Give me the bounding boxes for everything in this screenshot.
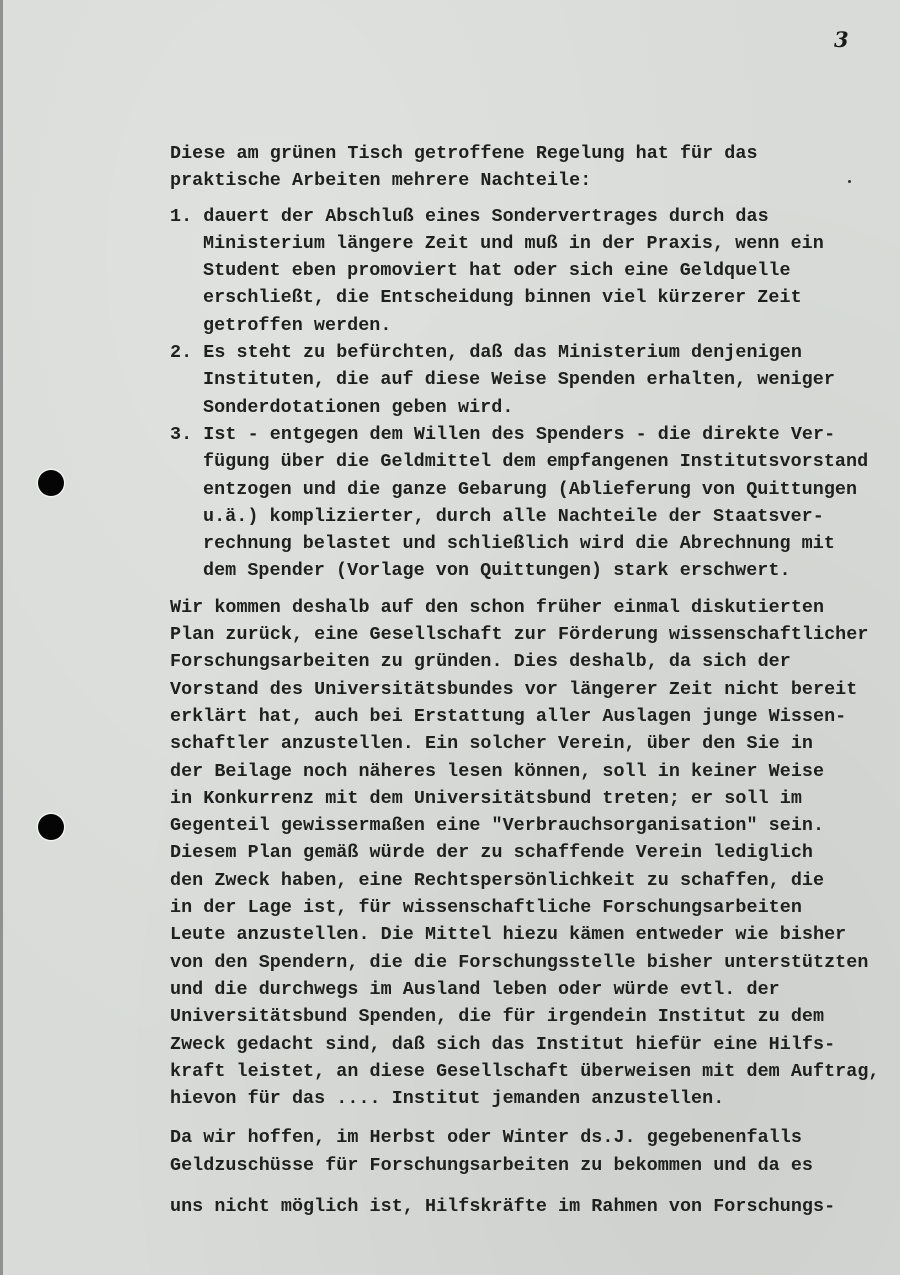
text-line: praktische Arbeiten mehrere Nachteile:	[170, 167, 890, 194]
text-line: Geldzuschüsse für Forschungsarbeiten zu …	[170, 1152, 890, 1179]
numbered-list: 1. dauert der Abschluß eines Sondervertr…	[170, 203, 890, 585]
text-line: von den Spendern, die die Forschungsstel…	[170, 949, 890, 976]
text-line: Diese am grünen Tisch getroffene Regelun…	[170, 140, 890, 167]
text-line: hievon für das .... Institut jemanden an…	[170, 1085, 890, 1112]
text-line: Instituten, die auf diese Weise Spenden …	[170, 366, 890, 393]
text-line: Diesem Plan gemäß würde der zu schaffend…	[170, 839, 890, 866]
list-item: 2. Es steht zu befürchten, daß das Minis…	[170, 339, 890, 421]
text-line: Sonderdotationen geben wird.	[170, 394, 890, 421]
main-paragraph: Wir kommen deshalb auf den schon früher …	[170, 594, 890, 1113]
text-line: dem Spender (Vorlage von Quittungen) sta…	[170, 557, 890, 584]
text-line: Vorstand des Universitätsbundes vor läng…	[170, 676, 890, 703]
punch-hole	[38, 470, 64, 496]
text-line: und die durchwegs im Ausland leben oder …	[170, 976, 890, 1003]
text-line: uns nicht möglich ist, Hilfskräfte im Ra…	[170, 1193, 890, 1220]
list-item-first-line: 2. Es steht zu befürchten, daß das Minis…	[170, 339, 890, 366]
text-line: erklärt hat, auch bei Erstattung aller A…	[170, 703, 890, 730]
list-item: 3. Ist - entgegen dem Willen des Spender…	[170, 421, 890, 585]
text-line: Gegenteil gewissermaßen eine "Verbrauchs…	[170, 812, 890, 839]
text-line: in der Lage ist, für wissenschaftliche F…	[170, 894, 890, 921]
letter-body: Diese am grünen Tisch getroffene Regelun…	[170, 140, 890, 1220]
list-item: 1. dauert der Abschluß eines Sondervertr…	[170, 203, 890, 339]
text-line: Forschungsarbeiten zu gründen. Dies desh…	[170, 648, 890, 675]
text-line: Zweck gedacht sind, daß sich das Institu…	[170, 1031, 890, 1058]
list-item-first-line: 3. Ist - entgegen dem Willen des Spender…	[170, 421, 890, 448]
text-line: rechnung belastet und schließlich wird d…	[170, 530, 890, 557]
text-line: Leute anzustellen. Die Mittel hiezu käme…	[170, 921, 890, 948]
text-line: entzogen und die ganze Gebarung (Abliefe…	[170, 476, 890, 503]
text-line: der Beilage noch näheres lesen können, s…	[170, 758, 890, 785]
text-line: u.ä.) komplizierter, durch alle Nachteil…	[170, 503, 890, 530]
document-page: 3 Diese am grünen Tisch getroffene Regel…	[0, 0, 900, 1275]
text-line: Da wir hoffen, im Herbst oder Winter ds.…	[170, 1124, 890, 1151]
intro-paragraph: Diese am grünen Tisch getroffene Regelun…	[170, 140, 890, 195]
text-line: kraft leistet, an diese Gesellschaft übe…	[170, 1058, 890, 1085]
punch-hole	[38, 814, 64, 840]
text-line: Wir kommen deshalb auf den schon früher …	[170, 594, 890, 621]
text-line: getroffen werden.	[170, 312, 890, 339]
page-number: 3	[834, 27, 849, 52]
list-item-first-line: 1. dauert der Abschluß eines Sondervertr…	[170, 203, 890, 230]
text-line: fügung über die Geldmittel dem empfangen…	[170, 448, 890, 475]
text-line: Universitätsbund Spenden, die für irgend…	[170, 1003, 890, 1030]
text-line: in Konkurrenz mit dem Universitätsbund t…	[170, 785, 890, 812]
text-line: Ministerium längere Zeit und muß in der …	[170, 230, 890, 257]
final-paragraph: Da wir hoffen, im Herbst oder Winter ds.…	[170, 1124, 890, 1220]
page-edge	[0, 0, 3, 1275]
text-line: erschließt, die Entscheidung binnen viel…	[170, 284, 890, 311]
text-line: schaftler anzustellen. Ein solcher Verei…	[170, 730, 890, 757]
text-line: Student eben promoviert hat oder sich ei…	[170, 257, 890, 284]
text-line: Plan zurück, eine Gesellschaft zur Förde…	[170, 621, 890, 648]
text-line: den Zweck haben, eine Rechtspersönlichke…	[170, 867, 890, 894]
